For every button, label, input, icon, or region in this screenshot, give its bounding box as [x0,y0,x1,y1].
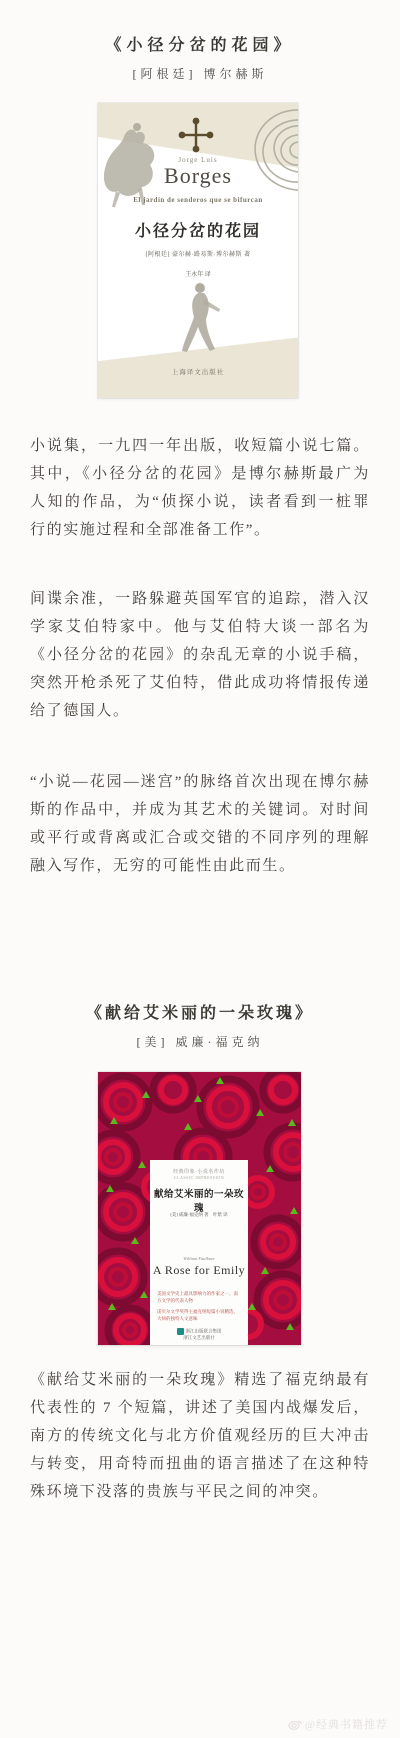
cover2-publisher-group: 浙江出版联合集团 [186,1329,222,1334]
cover1-translator: 王永年 译 [98,269,298,278]
cover1-chinese-title: 小径分岔的花园 [98,218,298,241]
watermark: @经典书籍推荐 [288,1716,388,1732]
cover2-series-label-en: CLASSIC IMPRESSION [150,1175,248,1180]
cover2-publisher: 浙江出版联合集团 浙江文艺出版社 [150,1328,248,1341]
weibo-icon [288,1718,302,1730]
book-cover-garden-of-forking-paths: Jorge Luis Borges El jardín de senderos … [98,103,298,398]
cover2-credit-line: [美] 威廉·福克纳 著 叶紫 译 [150,1212,248,1218]
cover2-blurb-line-1: 美国文学史上最具影响力的作家之一、南方文学的代表人物 [157,1290,241,1304]
publisher-logo-icon [177,1328,184,1335]
cover1-publisher: 上海译文出版社 [98,367,298,376]
cover1-spanish-title: El jardín de senderos que se bifurcan [98,196,298,204]
walking-figure-icon [182,283,220,352]
cover2-author-english: William Faulkner [150,1256,248,1261]
section2-author: [美] 威廉·福克纳 [0,1033,400,1050]
cover2-blurb-line-2: 诺贝尔文学奖得主福克纳短篇小说精选，大师的独特人文意味 [157,1308,241,1322]
cover2-english-title: A Rose for Emily [150,1263,248,1278]
cross-icon [179,118,214,153]
section1-paragraph-1: 小说集，一九四一年出版，收短篇小说七篇。其中，《小径分岔的花园》是博尔赫斯最广为… [30,432,370,544]
watermark-text: @经典书籍推荐 [305,1716,388,1732]
section1-paragraph-3: “小说—花园—迷宫”的脉络首次出现在博尔赫斯的作品中，并成为其艺术的关键词。对时… [30,768,370,880]
book-recommendation-card: 《小径分岔的花园》 [阿根廷] 博尔赫斯 [0,0,400,1738]
section1-paragraph-2: 间谍余准，一路躲避英国军官的追踪，潜入汉学家艾伯特家中。他与艾伯特大谈一部名为《… [30,585,370,725]
cover1-credit-line: [阿根廷] 豪尔赫·路易斯·博尔赫斯 著 [98,249,298,258]
cover2-center-panel: 经典印象·小说名作坊 CLASSIC IMPRESSION 献给艾米丽的一朵玫瑰… [150,1160,248,1345]
section1-author: [阿根廷] 博尔赫斯 [0,65,400,82]
book-cover-rose-for-emily: 经典印象·小说名作坊 CLASSIC IMPRESSION 献给艾米丽的一朵玫瑰… [98,1072,301,1345]
section2-paragraph-1: 《献给艾米丽的一朵玫瑰》精选了福克纳最有代表性的 7 个短篇，讲述了美国内战爆发… [30,1366,370,1506]
cover2-series-label: 经典印象·小说名作坊 [150,1168,248,1175]
section2-title: 《献给艾米丽的一朵玫瑰》 [0,1000,400,1023]
section1-title: 《小径分岔的花园》 [0,32,400,55]
cover1-author-surname: Borges [98,163,298,189]
cover2-publisher-press: 浙江文艺出版社 [183,1335,215,1340]
cover2-chinese-title: 献给艾米丽的一朵玫瑰 [150,1186,248,1214]
